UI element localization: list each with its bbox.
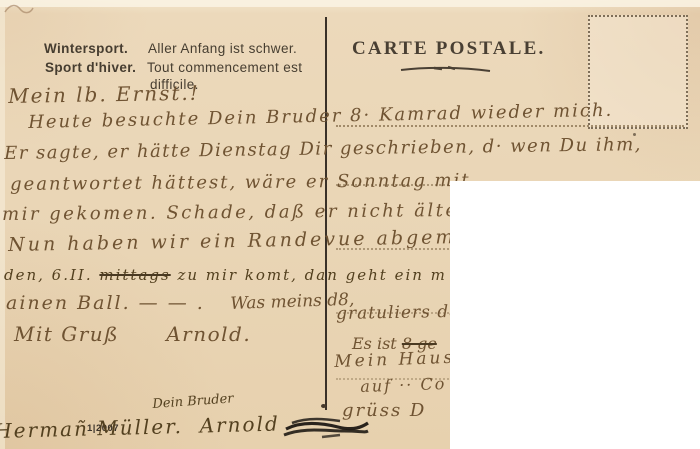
hw-line-4: geantwortet hättest, wäre er Sonntag mit [10,170,471,195]
caption-german-text: Aller Anfang ist schwer. [148,41,297,56]
hw-line-8c: gratuliers d8 [336,302,461,324]
hw-footer-small: Dein Bruder [152,391,234,412]
hw-line-7-struck: mittags [99,266,170,284]
hw-footer-line: Hermañ Müller. Arnold [0,412,280,443]
hw-signature: Mit Gruß Arnold. [14,322,251,346]
hw-line-3: Er sagte, er hätte Dienstag Dir geschrie… [4,134,642,164]
postcard-scan: Wintersport. Aller Anfang ist schwer. Sp… [0,0,700,449]
hw-line-7b: zu mir komt, dan geht ein m [171,266,447,284]
pen-squiggle-mark [4,2,34,16]
hw-line-12: auf ·· Co [360,374,447,396]
caption-german-bold: Wintersport. [44,41,128,56]
caption-french-bold: Sport d'hiver. [45,60,136,75]
ink-scribble [282,413,370,441]
title-flourish [400,64,492,76]
hw-line-6: Nun haben wir ein Randevue abgema [8,226,471,256]
paper-top-edge [0,0,700,7]
caption-french-text: Tout commencement est [147,60,302,75]
divider-end-blot [321,404,326,408]
hw-salutation: Mein lb. Ernst.! [8,81,200,108]
carte-postale-title: CARTE POSTALE. [352,38,545,60]
hw-line-8a: ainen Ball. — — . [6,292,205,314]
hw-line-11: Mein Haus [334,348,456,372]
hw-line-5: mir gekomen. Schade, daß er nicht älte [2,200,459,225]
hw-line-7a: den, 6.II. [4,266,99,284]
white-overlay-rectangle [450,181,700,449]
hw-line-7: den, 6.II. mittags zu mir komt, dan geht… [4,266,447,284]
